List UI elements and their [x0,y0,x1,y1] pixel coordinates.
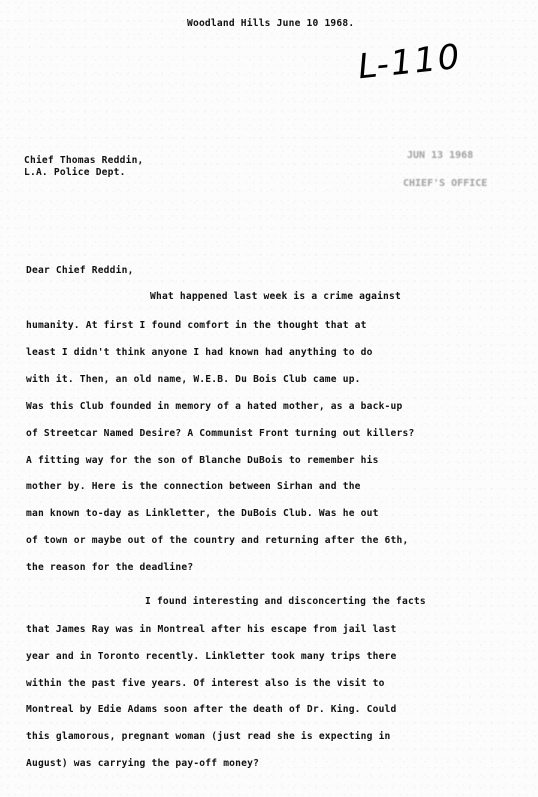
body-line: of Streetcar Named Desire? A Communist F… [26,428,414,440]
body-line: least I didn't think anyone I had known … [26,347,373,359]
body-line: man known to-day as Linkletter, the DuBo… [26,508,379,520]
body-line: Montreal by Edie Adams soon after the de… [26,704,397,716]
body-line: August) was carrying the pay-off money? [26,758,259,770]
stamp-office: CHIEF'S OFFICE [403,178,487,189]
body-line: with it. Then, an old name, W.E.B. Du Bo… [26,374,361,386]
body-line: the reason for the deadline? [26,562,193,574]
body-line: I found interesting and disconcerting th… [145,596,426,608]
salutation: Dear Chief Reddin, [26,265,134,277]
recipient-department: L.A. Police Dept. [24,167,126,179]
body-line: Was this Club founded in memory of a hat… [26,401,402,413]
body-line: humanity. At first I found comfort in th… [26,320,367,332]
stamp-date: JUN 13 1968 [407,150,473,161]
place-and-date: Woodland Hills June 10 1968. [187,18,354,30]
body-line: of town or maybe out of the country and … [26,535,408,547]
handwritten-reference-number: L-110 [356,37,463,88]
body-line: that James Ray was in Montreal after his… [26,624,397,636]
body-line: this glamorous, pregnant woman (just rea… [26,731,391,743]
letter-page: Woodland Hills June 10 1968. L-110 Chief… [0,0,538,797]
body-line: mother by. Here is the connection betwee… [26,481,361,493]
recipient-name: Chief Thomas Reddin, [24,155,144,167]
body-line: within the past five years. Of interest … [26,678,385,690]
body-line: A fitting way for the son of Blanche DuB… [26,455,379,467]
body-line: What happened last week is a crime again… [150,291,401,303]
received-stamp: JUN 13 1968 CHIEF'S OFFICE [405,118,500,198]
body-line: year and in Toronto recently. Linkletter… [26,651,397,663]
